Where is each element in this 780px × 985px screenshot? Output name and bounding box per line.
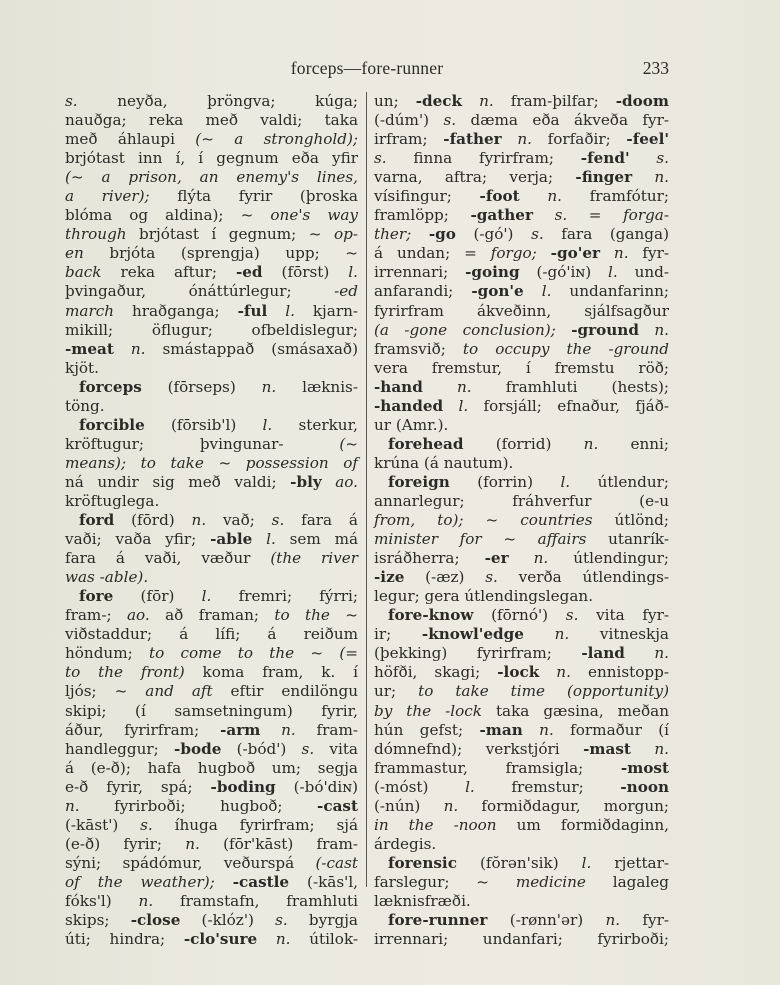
text-line: -meat n. smástappað (smásaxað) — [65, 340, 358, 359]
entry-headword-line: fore (fōr) l. fremri; fýrri; — [65, 587, 358, 606]
text-line: from, to); ~ countries útlönd; — [374, 511, 669, 530]
text-line: viðstaddur; á lífi; á reiðum — [65, 625, 358, 644]
text-line: kjöt. — [65, 359, 358, 378]
text-line: varna, aftra; verja; -finger n. — [374, 168, 669, 187]
text-line: march hraðganga; -ful l. kjarn- — [65, 302, 358, 321]
entry-headword-line: ford (fōrd) n. vað; s. fara á — [65, 511, 358, 530]
text-line: s. neyða, þröngva; kúga; — [65, 92, 358, 111]
text-line: með áhlaupi (~ a stronghold); — [65, 130, 358, 149]
text-line: áður, fyrirfram; -arm n. fram- — [65, 721, 358, 740]
text-line: n. fyrirboði; hugboð; -cast — [65, 797, 358, 816]
text-line: krúna (á nautum). — [374, 454, 669, 473]
text-line: (-dúm') s. dæma eða ákveða fyr- — [374, 111, 669, 130]
text-line: vera fremstur, í fremstu röð; — [374, 359, 669, 378]
text-line: (-kāst') s. íhuga fyrirfram; sjá — [65, 816, 358, 835]
entry-headword-line: fore-know (fōrnó') s. vita fyr- — [374, 606, 669, 625]
text-line: skipi; (í samsetningum) fyrir, — [65, 702, 358, 721]
text-line: læknisfræði. — [374, 892, 669, 911]
text-line: un; -deck n. fram-þilfar; -doom — [374, 92, 669, 111]
left-column: s. neyða, þröngva; kúga;nauðga; reka með… — [65, 92, 358, 949]
text-line: framsvið; to occupy the -ground — [374, 340, 669, 359]
text-line: dómnefnd); verkstjóri -mast n. — [374, 740, 669, 759]
text-line: blóma og aldina); ~ one's way — [65, 206, 358, 225]
text-line: á undan; = forgo; -go'er n. fyr- — [374, 244, 669, 263]
text-line: frammastur, framsigla; -most — [374, 759, 669, 778]
text-line: minister for ~ affairs utanrík- — [374, 530, 669, 549]
text-line: skips; -close (-klóz') s. byrgja — [65, 911, 358, 930]
text-line: en brjóta (sprengja) upp; ~ — [65, 244, 358, 263]
text-line: hún gefst; -man n. formaður (í — [374, 721, 669, 740]
text-line: (þekking) fyrirfram; -land n. — [374, 644, 669, 663]
entry-headword-line: forehead (forrid) n. enni; — [374, 435, 669, 454]
text-line: töng. — [65, 397, 358, 416]
text-line: árdegis. — [374, 835, 669, 854]
text-line: s. finna fyrirfram; -fend' s. — [374, 149, 669, 168]
text-line: á (e-ð); hafa hugboð um; segja — [65, 759, 358, 778]
text-line: irrennari; -going (-gó'iɴ) l. und- — [374, 263, 669, 282]
entry-headword-line: foreign (forrin) l. útlendur; — [374, 473, 669, 492]
text-line: vaði; vaða yfir; -able l. sem má — [65, 530, 358, 549]
text-line: ir; -knowl'edge n. vitneskja — [374, 625, 669, 644]
text-line: irfram; -father n. forfaðir; -feel' — [374, 130, 669, 149]
text-line: through brjótast í gegnum; ~ op- — [65, 225, 358, 244]
text-line: (a -gone conclusion); -ground n. — [374, 321, 669, 340]
text-line: was -able). — [65, 568, 358, 587]
text-line: of the weather); -castle (-kās'l, — [65, 873, 358, 892]
page-number: 233 — [643, 58, 669, 79]
text-line: e-ð fyrir, spá; -boding (-bó'diɴ) — [65, 778, 358, 797]
text-line: -hand n. framhluti (hests); — [374, 378, 669, 397]
text-line: -ize (-æz) s. verða útlendings- — [374, 568, 669, 587]
dictionary-page: forceps—fore-runner 233 s. neyða, þröngv… — [0, 0, 780, 985]
text-line: (-nún) n. formiðdagur, morgun; — [374, 797, 669, 816]
right-column: un; -deck n. fram-þilfar; -doom(-dúm') s… — [374, 92, 669, 949]
text-line: to the front) koma fram, k. í — [65, 663, 358, 682]
text-line: ur; to take time (opportunity) — [374, 682, 669, 701]
entry-headword-line: forensic (fŏrən'sik) l. rjettar- — [374, 854, 669, 873]
text-line: nauðga; reka með valdi; taka — [65, 111, 358, 130]
text-line: in the -noon um formiðdaginn, — [374, 816, 669, 835]
text-line: back reka aftur; -ed (fōrst) l. — [65, 263, 358, 282]
text-line: ná undir sig með valdi; -bly ao. — [65, 473, 358, 492]
text-line: fyrirfram ákveðinn, sjálfsagður — [374, 302, 669, 321]
text-line: kröftuglega. — [65, 492, 358, 511]
text-line: ther; -go (-gó') s. fara (ganga) — [374, 225, 669, 244]
text-line: sýni; spádómur, veðurspá (-cast — [65, 854, 358, 873]
text-line: vísifingur; -foot n. framfótur; — [374, 187, 669, 206]
text-line: handleggur; -bode (-bód') s. vita — [65, 740, 358, 759]
text-line: (e-ð) fyrir; n. (fōr'kāst) fram- — [65, 835, 358, 854]
running-head: forceps—fore-runner — [65, 58, 669, 79]
text-line: by the -lock taka gæsina, meðan — [374, 702, 669, 721]
text-line: mikill; öflugur; ofbeldislegur; — [65, 321, 358, 340]
text-line: þvingaður, ónáttúrlegur; -ed — [65, 282, 358, 301]
text-line: kröftugur; þvingunar- (~ — [65, 435, 358, 454]
text-line: farslegur; ~ medicine lagaleg — [374, 873, 669, 892]
text-line: höfði, skagi; -lock n. ennistopp- — [374, 663, 669, 682]
text-line: anfarandi; -gon'e l. undanfarinn; — [374, 282, 669, 301]
text-line: (-móst) l. fremstur; -noon — [374, 778, 669, 797]
text-line: isráðherra; -er n. útlendingur; — [374, 549, 669, 568]
column-divider — [366, 92, 367, 887]
text-line: legur; gera útlendingslegan. — [374, 587, 669, 606]
text-line: irrennari; undanfari; fyrirboði; — [374, 930, 669, 949]
text-line: fara á vaði, væður (the river — [65, 549, 358, 568]
page-header: forceps—fore-runner 233 — [65, 58, 669, 82]
text-line: framlöpp; -gather s. = forga- — [374, 206, 669, 225]
text-line: fram-; ao. að framan; to the ~ — [65, 606, 358, 625]
text-line: höndum; to come to the ~ (= — [65, 644, 358, 663]
entry-headword-line: forceps (fōrseps) n. læknis- — [65, 378, 358, 397]
text-line: -handed l. forsjáll; efnaður, fjáð- — [374, 397, 669, 416]
text-line: means); to take ~ possession of — [65, 454, 358, 473]
text-line: brjótast inn í, í gegnum eða yfir — [65, 149, 358, 168]
text-line: ljós; ~ and aft eftir endilöngu — [65, 682, 358, 701]
entry-headword-line: forcible (fōrsib'l) l. sterkur, — [65, 416, 358, 435]
text-line: (~ a prison, an enemy's lines, — [65, 168, 358, 187]
text-line: ur (Amr.). — [374, 416, 669, 435]
text-line: úti; hindra; -clo'sure n. útilok- — [65, 930, 358, 949]
text-line: a river); flýta fyrir (þroska — [65, 187, 358, 206]
text-line: annarlegur; fráhverfur (e-u — [374, 492, 669, 511]
text-line: fóks'l) n. framstafn, framhluti — [65, 892, 358, 911]
entry-headword-line: fore-runner (-rønn'ər) n. fyr- — [374, 911, 669, 930]
